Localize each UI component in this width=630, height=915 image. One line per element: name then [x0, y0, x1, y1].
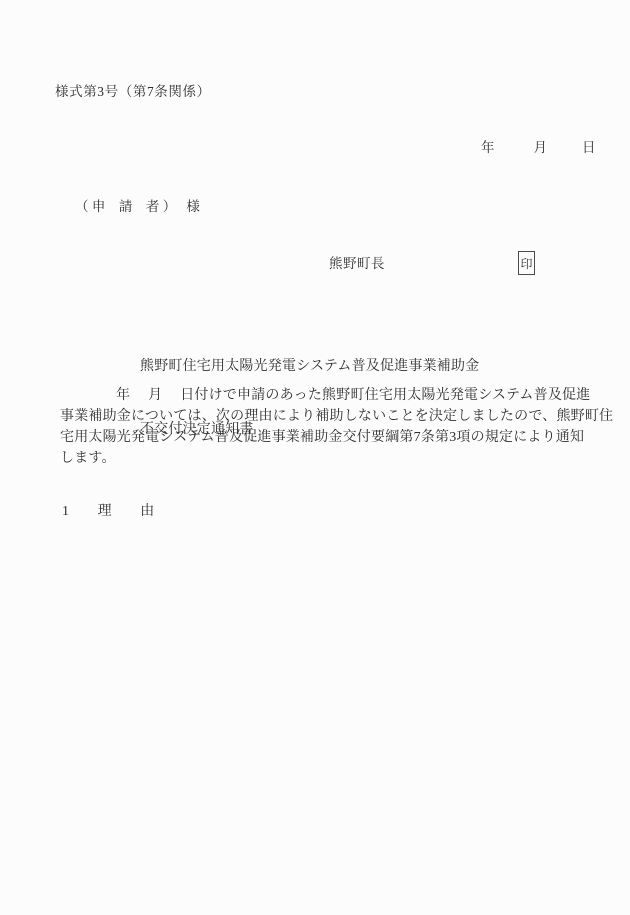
date-day-label: 日: [582, 140, 596, 156]
body-paragraph-line1: 年 月 日付けで申請のあった熊野町住宅用太陽光発電システム普及促進: [116, 388, 590, 404]
reason-heading: 1 理 由: [62, 504, 154, 520]
document-title-line1: 熊野町住宅用太陽光発電システム普及促進事業補助金: [140, 356, 479, 377]
document-page: 様式第3号（第7条関係） 年 月 日 （ 申 請 者 ） 様 熊野町長 印 熊野…: [0, 0, 630, 915]
date-month-label: 月: [534, 140, 548, 156]
mayor-name: 熊野町長: [329, 256, 385, 272]
seal-character: 印: [520, 255, 532, 272]
body-paragraph-line4: します。: [60, 451, 116, 467]
date-year-label: 年: [481, 140, 495, 156]
body-paragraph-line3: 宅用太陽光発電システム普及促進事業補助金交付要綱第7条第3項の規定により通知: [60, 430, 584, 446]
body-paragraph-line2: 事業補助金については、次の理由により補助しないことを決定しましたので、熊野町住: [60, 409, 613, 425]
seal-box: 印: [518, 251, 535, 275]
form-number: 様式第3号（第7条関係）: [55, 84, 211, 100]
date-line: 年 月 日: [481, 140, 596, 156]
addressee-line: （ 申 請 者 ） 様: [75, 199, 200, 215]
